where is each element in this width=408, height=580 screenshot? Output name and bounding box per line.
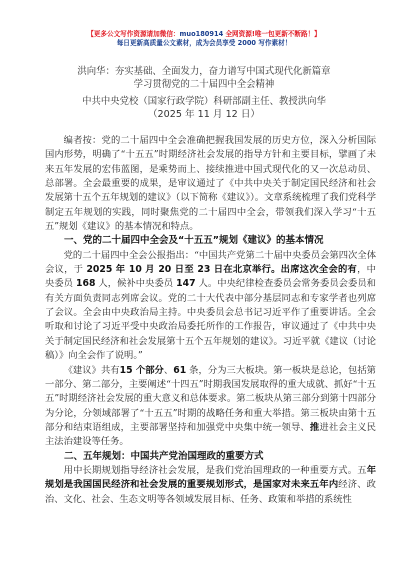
document-title: 洪向华：夯实基础、全面发力，奋力谱写中国式现代化新篇章 — [0, 66, 408, 78]
banner-text: 【更多公文写作资源请加微信： — [87, 30, 179, 38]
section2-paragraph-1: 用中长期规划指导经济社会发展，是我们党治国理政的一种重要方式。五年规划是我国国民… — [45, 464, 376, 507]
section-heading-1: 一、党的二十届四中全会及“十五五”规划《建议》的基本情况 — [45, 234, 376, 248]
text: 人，候补中央委员 — [95, 278, 176, 289]
section1-paragraph-1: 党的二十届四中全会公报指出：“中国共产党第二十届中央委员会第四次全体会议，于 2… — [45, 249, 376, 364]
editor-note: 编者按：党的二十届四中全会准确把握我国发展的历史方位，深入分析国际国内形势，明确… — [45, 134, 376, 234]
text: 《建议》共有 — [64, 365, 120, 376]
author-line: 中共中央党校（国家行政学院）科研部副主任、教授洪向华 — [0, 96, 408, 108]
bold-text: 15 个部分 — [120, 365, 164, 376]
bold-text: 2025 年 10 月 20 日至 23 日在北京举行。出席这次全会的有 — [86, 264, 357, 275]
banner-line-2: 每日更新高质量公文素材，成为会员享受 2000 写作素材！ — [0, 39, 408, 48]
bold-number: 147 — [176, 278, 195, 289]
document-body: 编者按：党的二十届四中全会准确把握我国发展的历史方位，深入分析国际国内形势，明确… — [45, 134, 376, 507]
text: 人。中央纪律检查委员会常务委员会委员和有关方面负责同志列席会议。党的二十大代表中… — [45, 278, 376, 361]
date-line: （2025 年 11 月 12 日） — [0, 109, 408, 121]
banner-line-1: 【更多公文写作资源请加微信：muo180914 全网资源!唯一包更新不断路！】 — [0, 30, 408, 39]
wechat-id: muo180914 — [180, 30, 224, 38]
bold-text: 推 — [310, 422, 319, 433]
section-heading-2: 二、五年规划：中国共产党治国理政的重要方式 — [45, 450, 376, 464]
promo-banner: 【更多公文写作资源请加微信：muo180914 全网资源!唯一包更新不断路！】 … — [0, 30, 408, 48]
text: 、 — [164, 365, 173, 376]
banner-text: 全网资源!唯一包更新不断路！】 — [223, 30, 321, 38]
section1-paragraph-2: 《建议》共有15 个部分、61 条，分为三大板块。第一板块是总论，包括第一部分、… — [45, 364, 376, 450]
bold-number: 61 — [173, 365, 186, 376]
text: 用中长期规划指导经济社会发展，是我们党治国理政的一种重要方式。五 — [64, 465, 367, 476]
document-subtitle: 学习贯彻党的二十届四中全会精神 — [0, 79, 408, 91]
bold-number: 168 — [76, 278, 95, 289]
